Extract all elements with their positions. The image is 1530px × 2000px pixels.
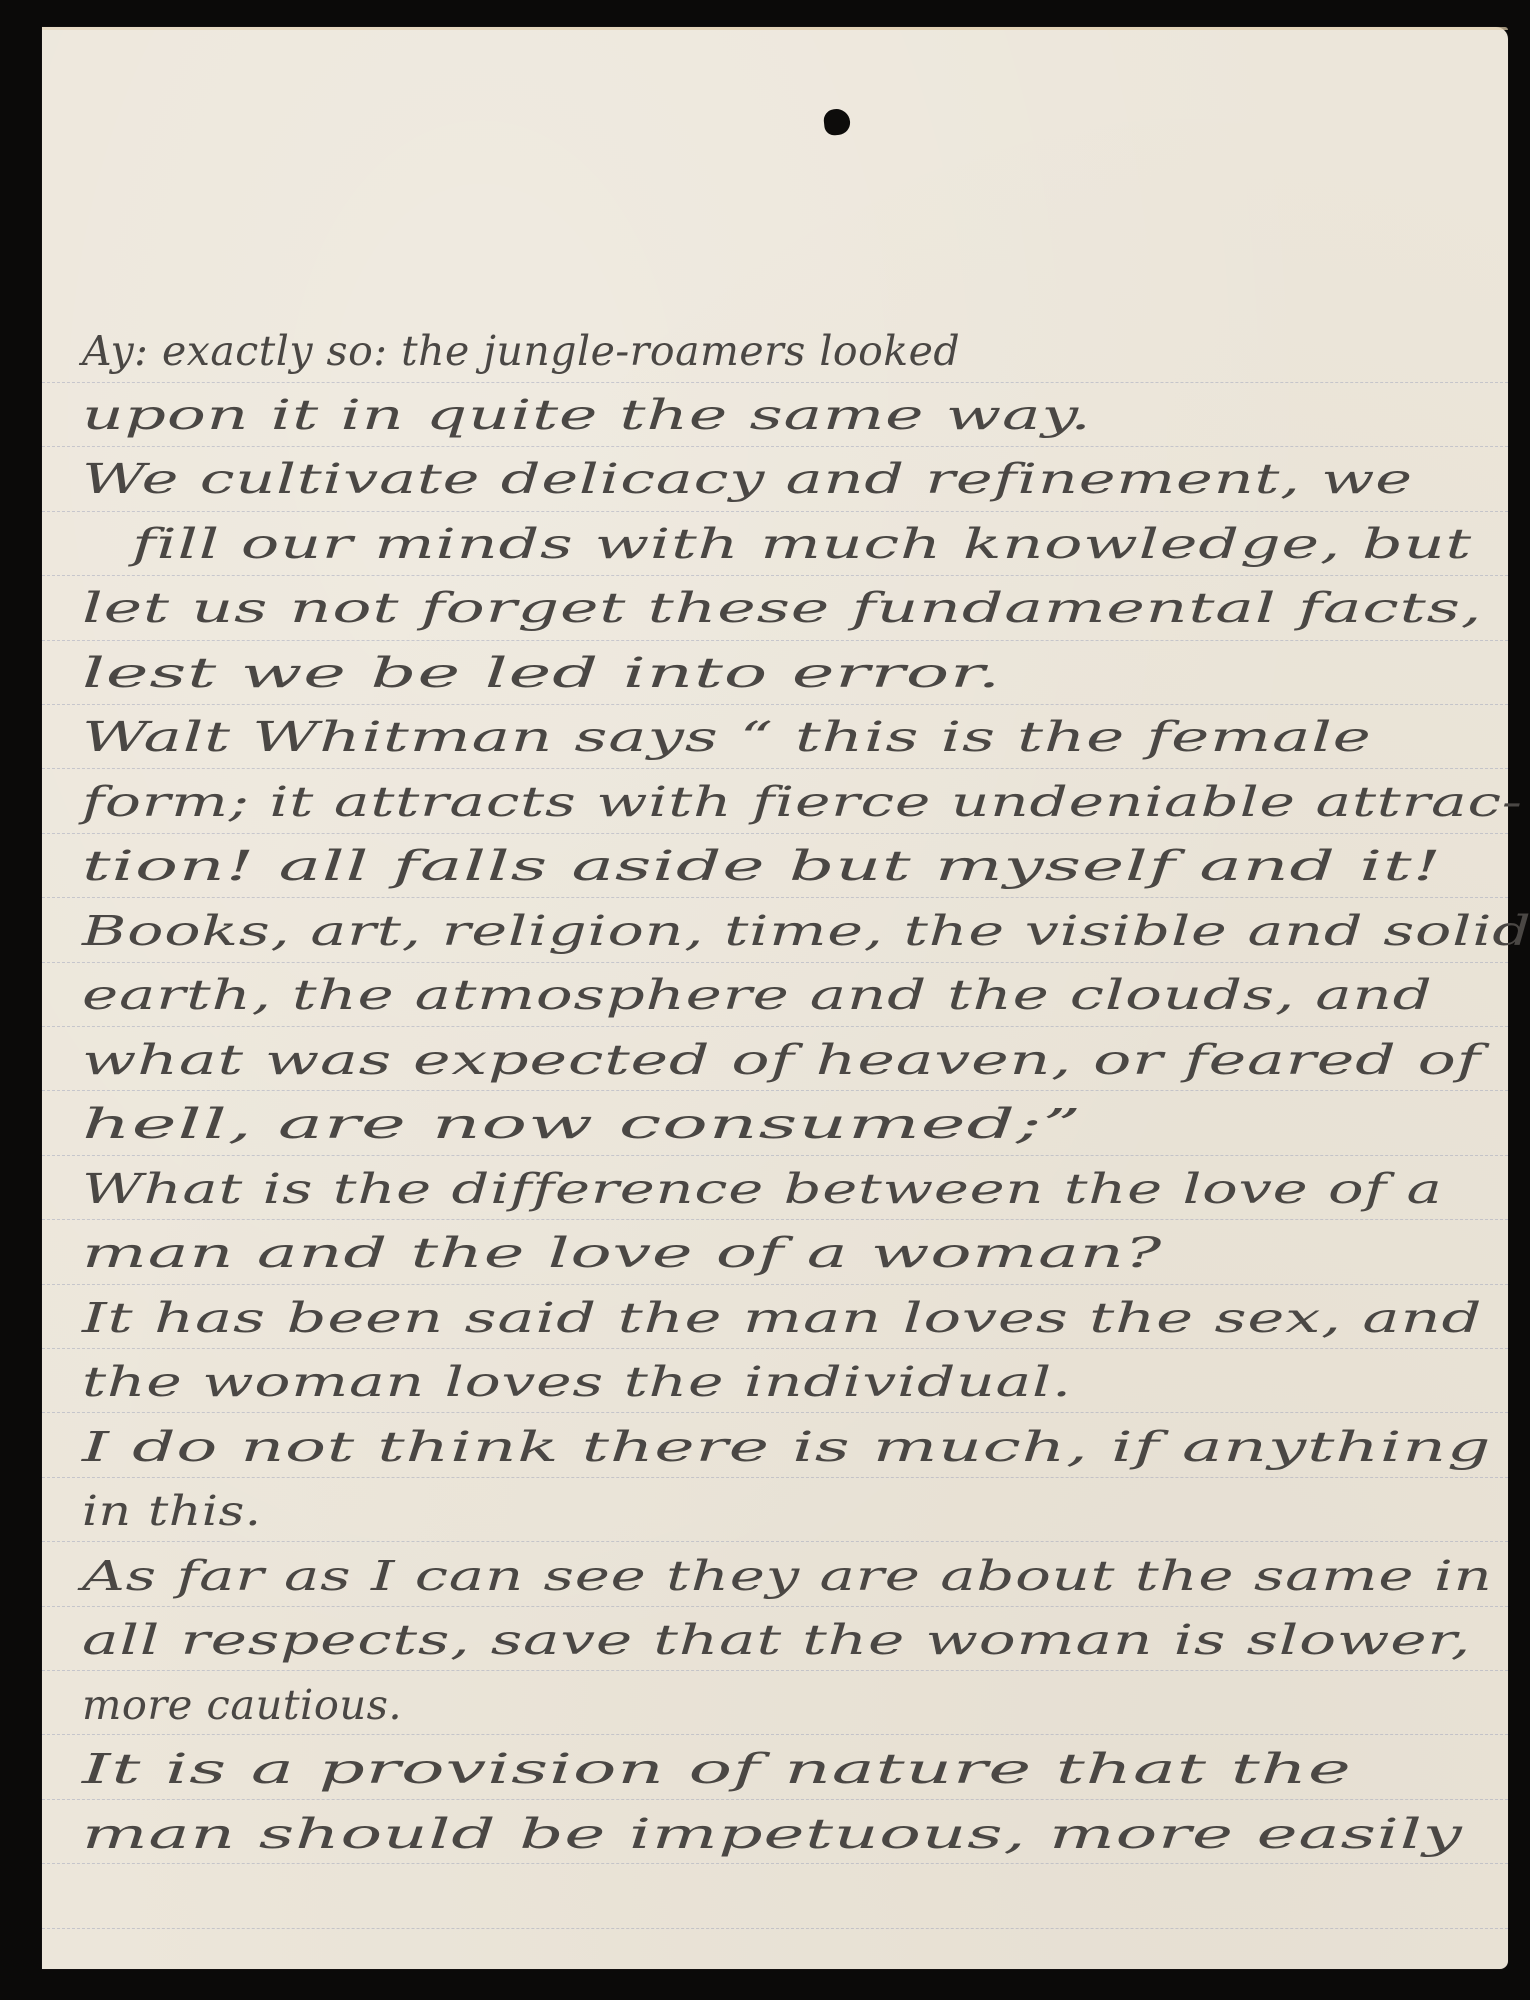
punch-hole: [823, 108, 852, 137]
text-line: What is the difference between the love …: [82, 1157, 1443, 1221]
ruled-line: [42, 1541, 1508, 1542]
text-line: Books, art, religion, time, the visible …: [82, 899, 1530, 963]
text-line: more cautious.: [82, 1673, 402, 1737]
text-line: It has been said the man loves the sex, …: [82, 1286, 1482, 1350]
text-line: form; it attracts with fierce undeniable…: [82, 770, 1523, 834]
text-line: Walt Whitman says “ this is the female: [82, 705, 1372, 769]
text-line: It is a provision of nature that the: [82, 1737, 1352, 1801]
text-line: tion! all falls aside but myself and it!: [82, 834, 1442, 898]
text-line: what was expected of heaven, or feared o…: [82, 1028, 1481, 1092]
text-line: let us not forget these fundamental fact…: [82, 576, 1482, 640]
text-line: man should be impetuous, more easily: [82, 1802, 1463, 1866]
text-line: fill our minds with much knowledge, but: [132, 512, 1472, 576]
text-line: the woman loves the individual.: [82, 1350, 1072, 1414]
text-line: upon it in quite the same way.: [82, 383, 1092, 447]
text-line: in this.: [82, 1479, 261, 1543]
text-line: all respects, save that the woman is slo…: [82, 1608, 1471, 1672]
text-line: We cultivate delicacy and refinement, we: [82, 447, 1413, 511]
text-line: man and the love of a woman?: [82, 1221, 1162, 1285]
text-line: lest we be led into error.: [82, 641, 1001, 705]
paper-top-edge: [42, 27, 1508, 30]
ruled-line: [42, 1928, 1508, 1929]
text-line: As far as I can see they are about the s…: [82, 1544, 1493, 1608]
text-line: earth, the atmosphere and the clouds, an…: [82, 963, 1433, 1027]
text-line: hell, are now consumed;”: [82, 1092, 1082, 1156]
text-line: Ay: exactly so: the jungle-roamers looke…: [82, 319, 1452, 383]
text-line: I do not think there is much, if anythin…: [82, 1415, 1491, 1479]
manuscript-page: Ay: exactly so: the jungle-roamers looke…: [42, 27, 1508, 1969]
